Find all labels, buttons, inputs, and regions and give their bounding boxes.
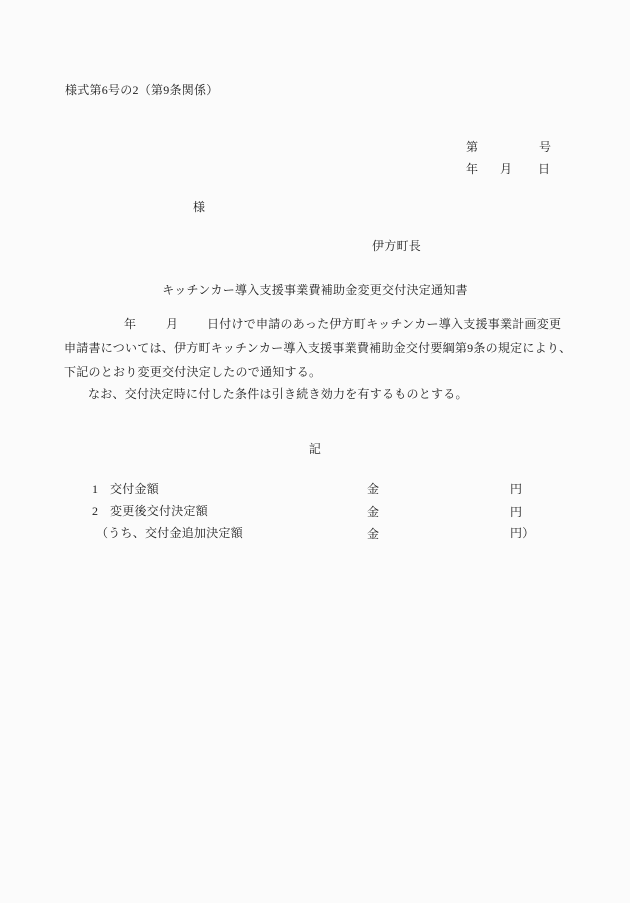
body-line3: 下記のとおり変更交付決定したので通知する。 — [64, 366, 321, 379]
body-line2: 申請書については、伊方町キッチンカー導入支援事業費補助金交付要綱第9条の規定によ… — [64, 342, 571, 355]
body-line1-rest: 日付けで申請のあった伊方町キッチンカー導入支援事業計画変更 — [207, 318, 561, 331]
body-line4: なお、交付決定時に付した条件は引き続き効力を有するものとする。 — [88, 388, 468, 401]
date-day-label: 日 — [538, 163, 550, 176]
body-line1-year: 年 — [124, 318, 136, 331]
document-page: 様式第6号の2（第9条関係） 第 号 年 月 日 様 伊方町長 キッチンカー導入… — [0, 0, 630, 903]
item-label: 交付金額 — [110, 483, 159, 496]
amount-prefix: 金 — [367, 528, 379, 541]
doc-number-suffix: 号 — [539, 141, 551, 154]
amount-suffix: 円 — [510, 506, 522, 519]
item-label: 変更後交付決定額 — [110, 505, 208, 518]
amount-prefix: 金 — [367, 483, 379, 496]
amount-suffix: 円） — [510, 527, 535, 540]
item-label: （うち、交付金追加決定額 — [96, 527, 243, 540]
document-title: キッチンカー導入支援事業費補助金変更交付決定通知書 — [0, 284, 630, 297]
date-month-label: 月 — [500, 163, 512, 176]
addressee-honorific: 様 — [193, 201, 205, 214]
amount-suffix: 円 — [510, 483, 522, 496]
record-heading: 記 — [0, 443, 630, 456]
form-number: 様式第6号の2（第9条関係） — [65, 84, 219, 97]
body-line1-month: 月 — [166, 318, 178, 331]
amount-prefix: 金 — [367, 506, 379, 519]
item-number: 2 — [92, 505, 98, 518]
date-year-label: 年 — [466, 163, 478, 176]
doc-number-prefix: 第 — [466, 141, 478, 154]
item-number: 1 — [92, 483, 98, 496]
sender-title: 伊方町長 — [372, 240, 421, 253]
